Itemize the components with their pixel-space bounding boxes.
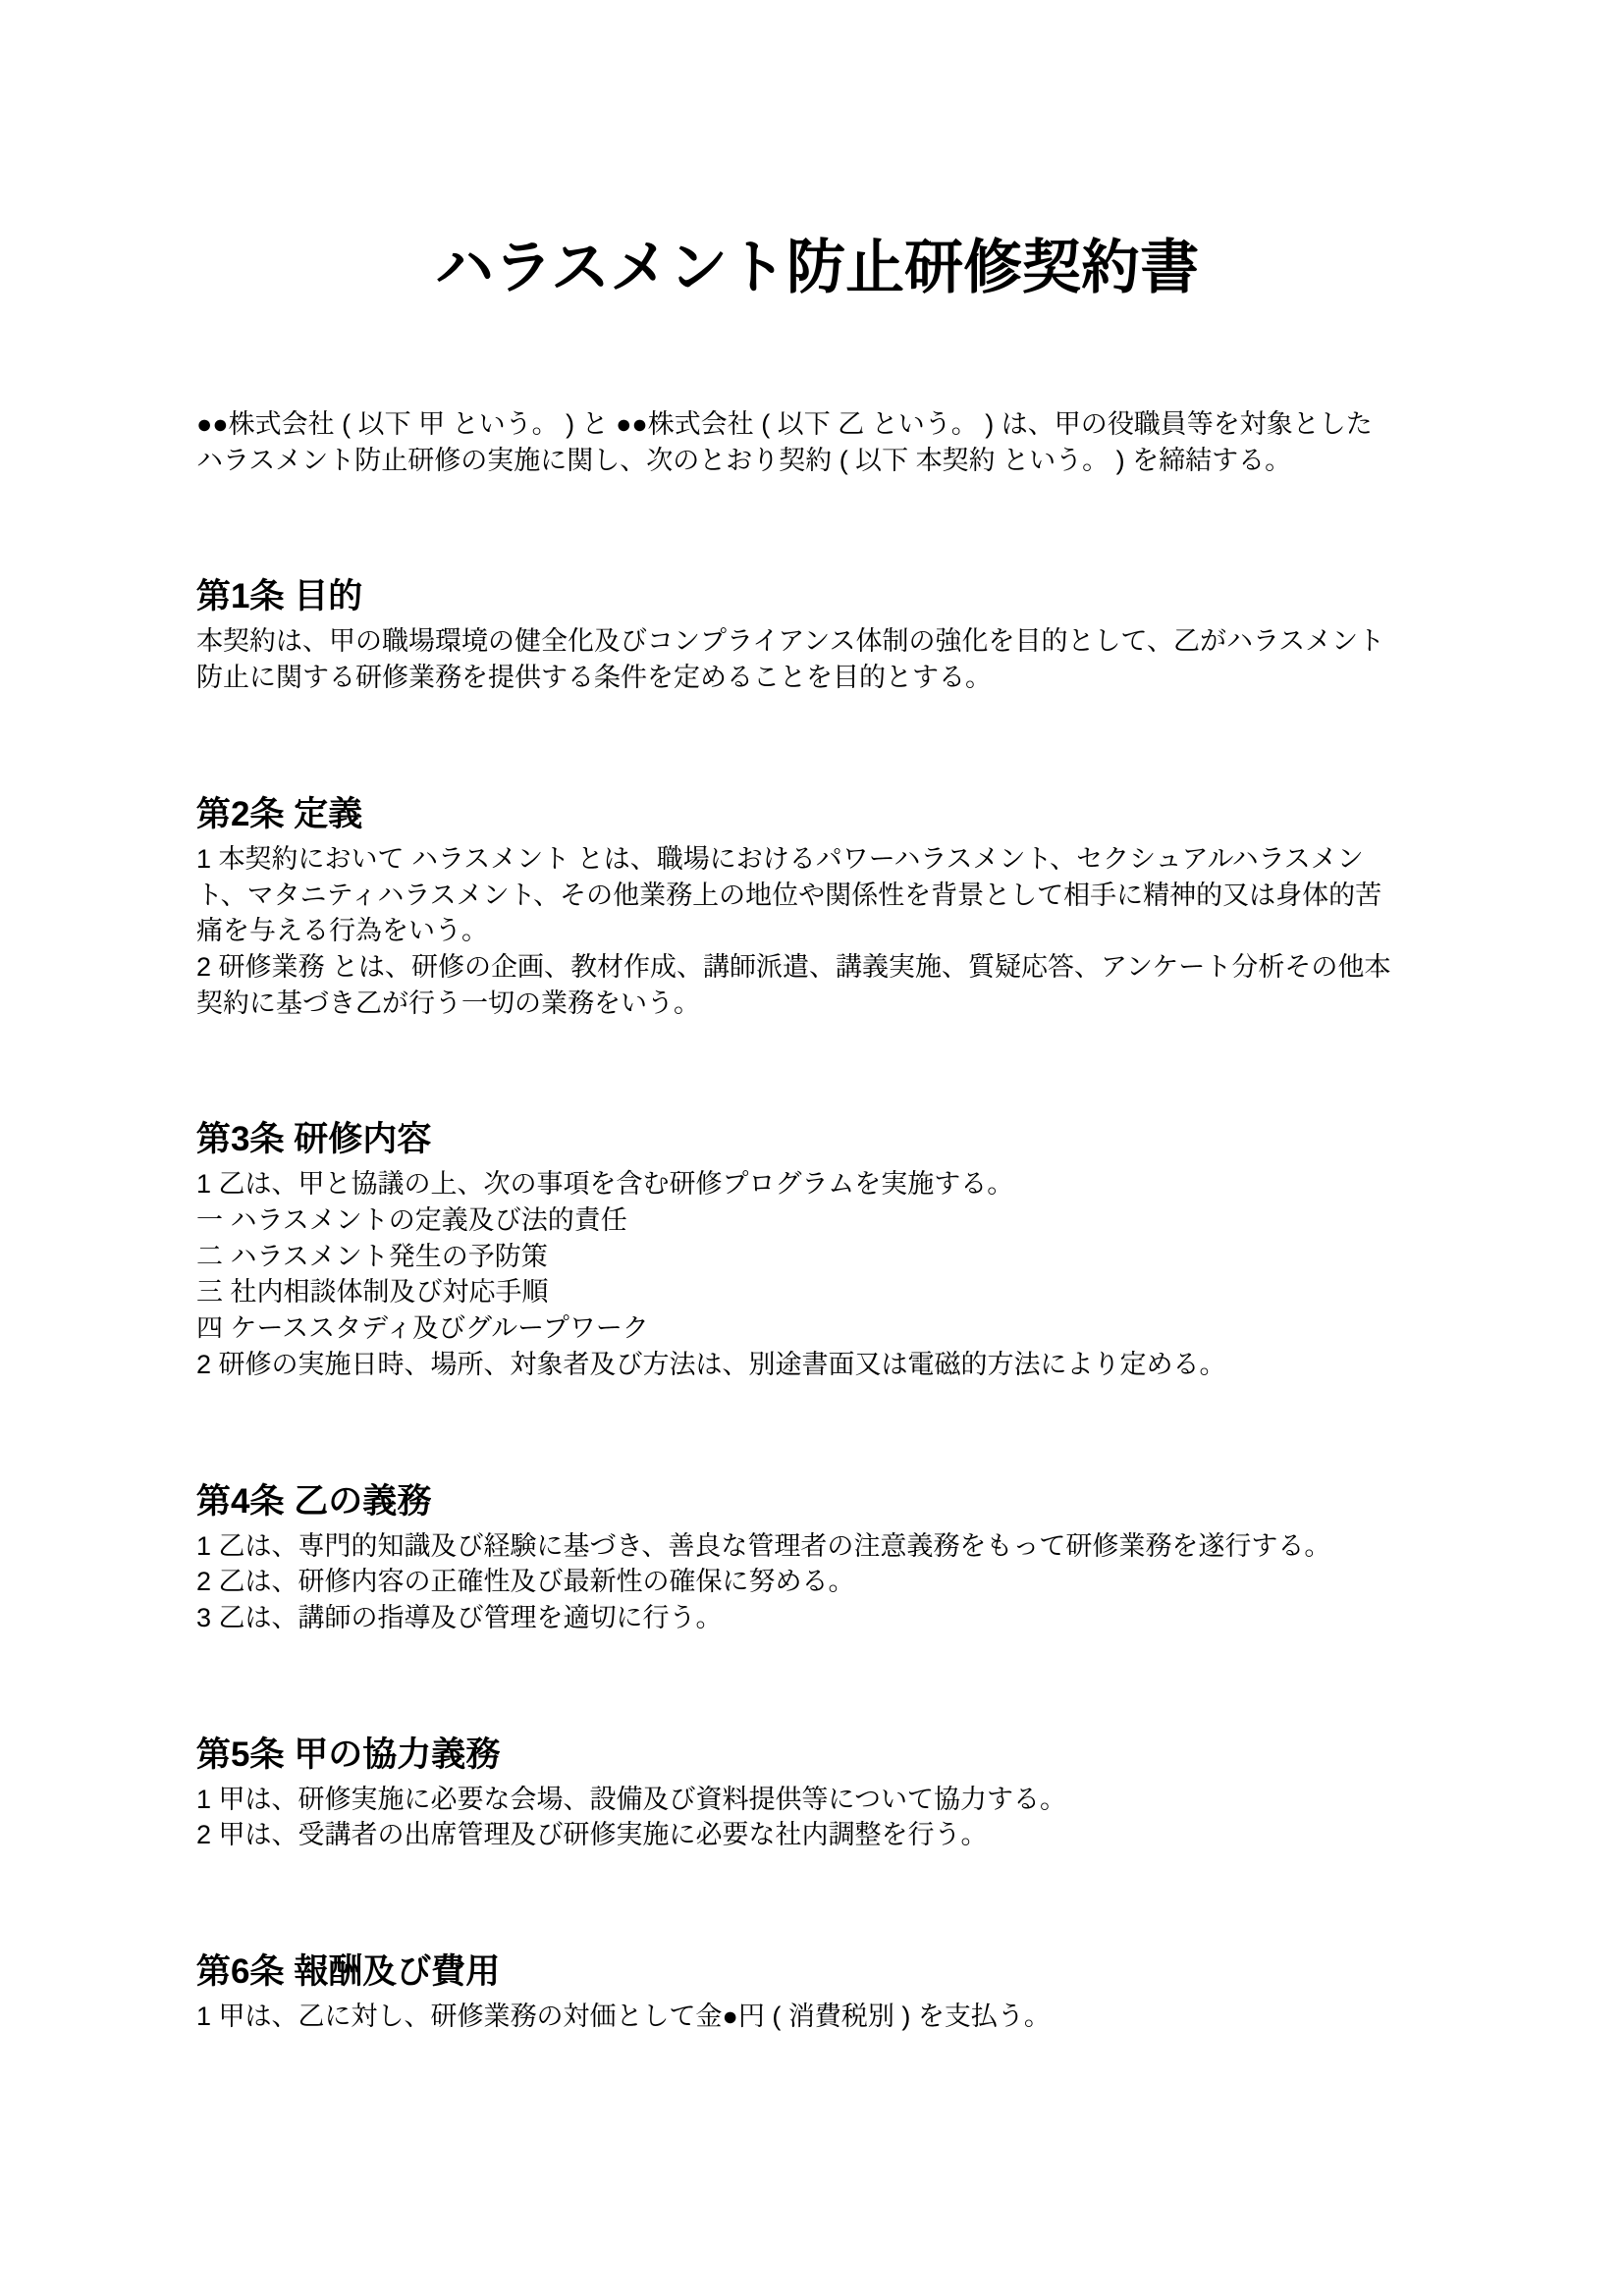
article-2-body: 1 本契約において ハラスメント とは、職場におけるパワーハラスメント、セクシュ… (196, 841, 1502, 1022)
article-5-heading: 第5条 甲の協力義務 (196, 1732, 1502, 1779)
article-1-section: 第1条 目的 本契約は、甲の職場環境の健全化及びコンプライアンス体制の強化を目的… (196, 573, 1502, 695)
article-4-section: 第4条 乙の義務 1 乙は、専門的知識及び経験に基づき、善良な管理者の注意義務を… (196, 1478, 1502, 1636)
article-2-heading: 第2条 定義 (196, 791, 1502, 838)
article-4-body: 1 乙は、専門的知識及び経験に基づき、善良な管理者の注意義務をもって研修業務を遂… (196, 1528, 1502, 1636)
article-6-section: 第6条 報酬及び費用 1 甲は、乙に対し、研修業務の対価として金●円 ( 消費税… (196, 1949, 1502, 2035)
article-5-body: 1 甲は、研修実施に必要な会場、設備及び資料提供等について協力する。 2 甲は、… (196, 1782, 1502, 1853)
article-4-heading: 第4条 乙の義務 (196, 1478, 1502, 1525)
article-2-section: 第2条 定義 1 本契約において ハラスメント とは、職場におけるパワーハラスメ… (196, 791, 1502, 1022)
article-1-body: 本契約は、甲の職場環境の健全化及びコンプライアンス体制の強化を目的として、乙がハ… (196, 623, 1502, 695)
article-6-body: 1 甲は、乙に対し、研修業務の対価として金●円 ( 消費税別 ) を支払う。 (196, 1999, 1502, 2035)
article-3-heading: 第3条 研修内容 (196, 1116, 1502, 1163)
contract-document-page: ハラスメント防止研修契約書 ●●株式会社 ( 以下 甲 という。 ) と ●●株… (0, 0, 1624, 2296)
article-5-section: 第5条 甲の協力義務 1 甲は、研修実施に必要な会場、設備及び資料提供等について… (196, 1732, 1502, 1853)
document-title: ハラスメント防止研修契約書 (196, 230, 1437, 306)
article-3-body: 1 乙は、甲と協議の上、次の事項を含む研修プログラムを実施する。 一 ハラスメン… (196, 1166, 1502, 1382)
article-6-heading: 第6条 報酬及び費用 (196, 1949, 1502, 1996)
article-1-heading: 第1条 目的 (196, 573, 1502, 620)
article-3-section: 第3条 研修内容 1 乙は、甲と協議の上、次の事項を含む研修プログラムを実施する… (196, 1116, 1502, 1382)
intro-paragraph: ●●株式会社 ( 以下 甲 という。 ) と ●●株式会社 ( 以下 乙 という… (196, 406, 1502, 478)
